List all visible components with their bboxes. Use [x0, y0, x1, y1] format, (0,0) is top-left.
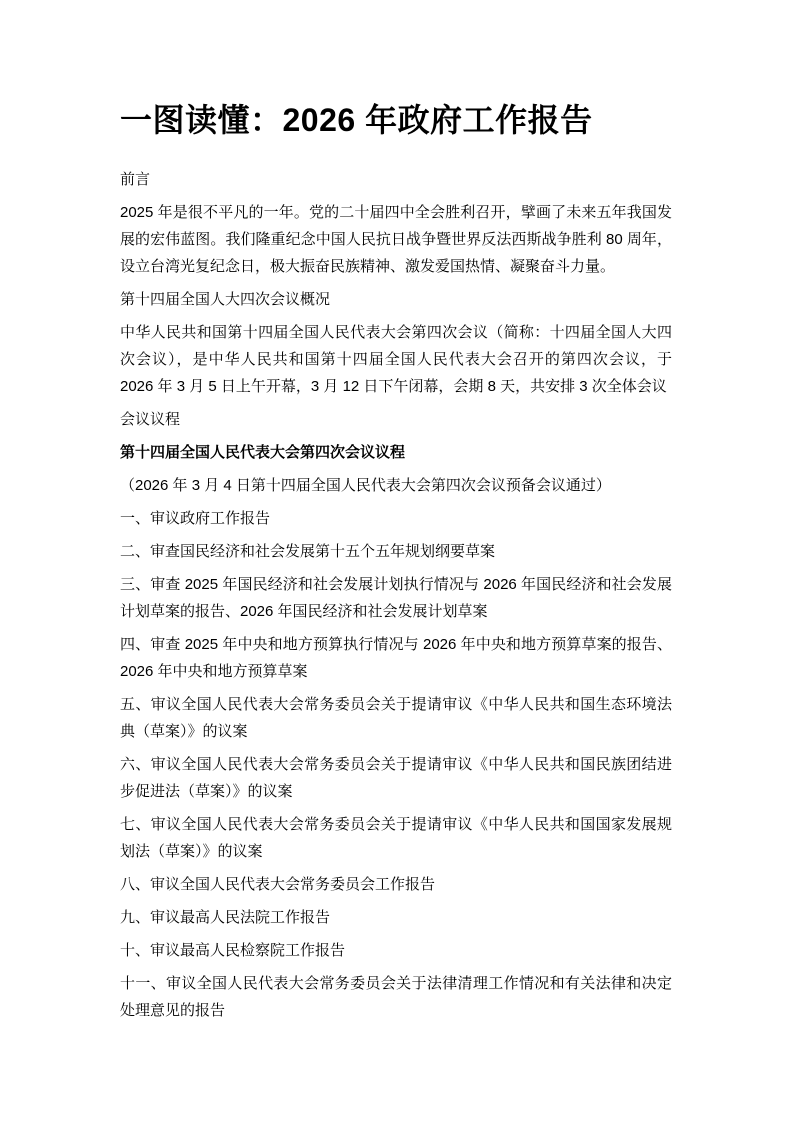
preface-paragraph: 2025 年是很不平凡的一年。党的二十届四中全会胜利召开，擘画了未来五年我国发展… [120, 199, 672, 280]
agenda-label: 会议议程 [120, 406, 672, 433]
agenda-item-9: 九、审议最高人民法院工作报告 [120, 904, 672, 931]
agenda-item-11: 十一、审议全国人民代表大会常务委员会关于法律清理工作情况和有关法律和决定处理意见… [120, 970, 672, 1024]
agenda-item-6: 六、审议全国人民代表大会常务委员会关于提请审议《中华人民共和国民族团结进步促进法… [120, 751, 672, 805]
preface-label: 前言 [120, 166, 672, 193]
agenda-item-7: 七、审议全国人民代表大会常务委员会关于提请审议《中华人民共和国国家发展规划法（草… [120, 811, 672, 865]
agenda-heading: 第十四届全国人民代表大会第四次会议议程 [120, 439, 672, 466]
agenda-item-2: 二、审查国民经济和社会发展第十五个五年规划纲要草案 [120, 538, 672, 565]
document-page: 一图读懂：2026 年政府工作报告 前言 2025 年是很不平凡的一年。党的二十… [0, 0, 793, 1122]
agenda-item-3: 三、审查 2025 年国民经济和社会发展计划执行情况与 2026 年国民经济和社… [120, 571, 672, 625]
agenda-item-1: 一、审议政府工作报告 [120, 505, 672, 532]
agenda-item-10: 十、审议最高人民检察院工作报告 [120, 937, 672, 964]
document-title: 一图读懂：2026 年政府工作报告 [120, 96, 672, 144]
overview-paragraph: 中华人民共和国第十四届全国人民代表大会第四次会议（简称：十四届全国人大四次会议）… [120, 319, 672, 400]
agenda-item-8: 八、审议全国人民代表大会常务委员会工作报告 [120, 871, 672, 898]
overview-label: 第十四届全国人大四次会议概况 [120, 286, 672, 313]
agenda-note: （2026 年 3 月 4 日第十四届全国人民代表大会第四次会议预备会议通过） [120, 472, 672, 499]
agenda-item-4: 四、审查 2025 年中央和地方预算执行情况与 2026 年中央和地方预算草案的… [120, 631, 672, 685]
agenda-item-5: 五、审议全国人民代表大会常务委员会关于提请审议《中华人民共和国生态环境法典（草案… [120, 691, 672, 745]
